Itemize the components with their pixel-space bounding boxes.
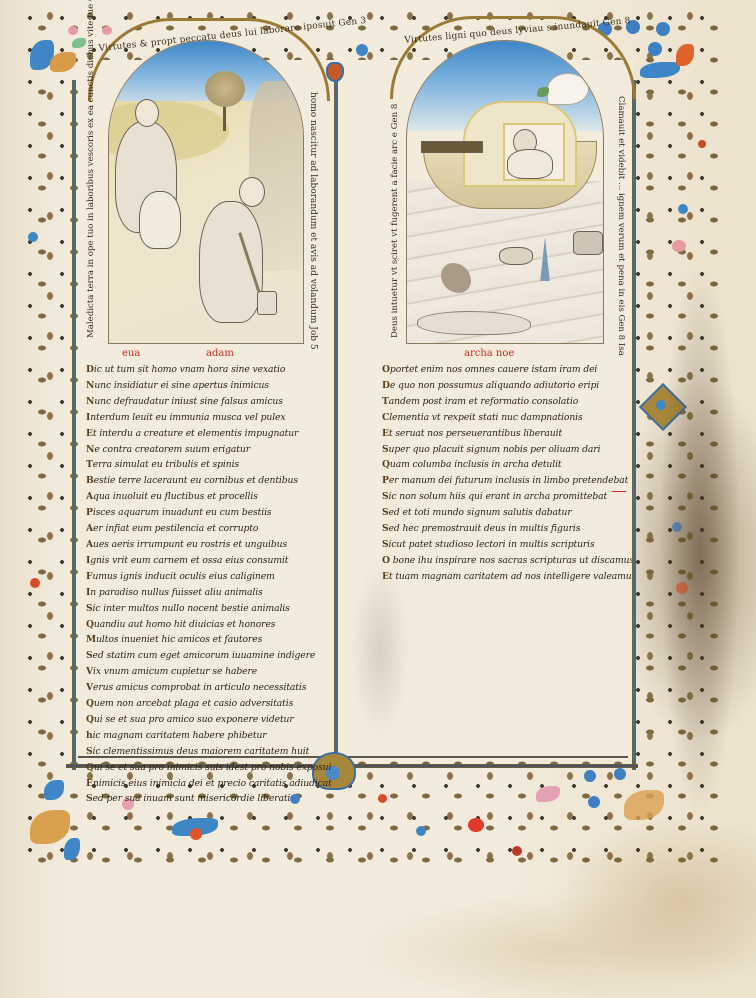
pink-flower-icon (672, 240, 686, 252)
verse-line: Bestie terre laceraunt eu cornibus et de… (86, 473, 332, 489)
verse-line: De quo non possumus aliquando adiutorio … (382, 378, 632, 394)
verse-line: Qui se et sua pro inimicis suis idest pr… (86, 760, 332, 776)
blue-flower-icon (416, 826, 426, 836)
verse-line: Nunc insidiatur ei sine apertus inimicus (86, 378, 332, 394)
right-side-gloss-outer: Deus intuetur vt sciret vt fugerent a fa… (390, 104, 400, 338)
verse-line: Sic clementissimus deus maiorem caritate… (86, 744, 332, 760)
manuscript-page: Virtutes & propt peccatu deus lui labora… (0, 0, 756, 998)
verse-line: Quem non arcebat plaga et casio adversit… (86, 696, 332, 712)
verse-line: Aer infiat eum pestilencia et corrupto (86, 521, 332, 537)
adam-head (239, 177, 265, 207)
finial-top-center (326, 62, 344, 82)
frame-left (72, 80, 76, 770)
orange-flower-icon (190, 828, 202, 840)
blue-flower-icon (656, 22, 670, 36)
verse-line: Oportet enim nos omnes cauere istam iram… (382, 362, 632, 378)
verse-line: Quam columba inclusis in archa detulit (382, 457, 632, 473)
caption-adam: adam (206, 348, 234, 359)
floating-wreckage (573, 231, 603, 255)
frame-right (632, 80, 636, 770)
red-line-marker (612, 491, 626, 492)
pink-flower-icon (102, 26, 112, 35)
verse-line: Clementia vt rexpeit stati nuc dampnatio… (382, 410, 632, 426)
left-verse-block: Dic ut tum sit homo vnam hora sine vexat… (86, 362, 332, 807)
verse-line: Aqua inuoluit eu fluctibus et procellis (86, 489, 332, 505)
noah-figure (507, 149, 553, 179)
verse-line: Fumus ignis inducit oculis eius caligine… (86, 569, 332, 585)
blue-flower-icon (356, 44, 368, 56)
blue-flower-icon (28, 232, 38, 242)
verse-line: Ignis vrit eum carnem et ossa eius consu… (86, 553, 332, 569)
verse-line: Verus amicus comprobat in articulo neces… (86, 680, 332, 696)
verse-line: Interdum leuit eu immunia musca vel pule… (86, 410, 332, 426)
caption-archa-noe: archa noe (464, 348, 514, 359)
verse-line: Terra simulat eu tribulis et spinis (86, 457, 332, 473)
blue-flower-icon (588, 796, 600, 808)
verse-line: Sicut patet studioso lectori in multis s… (382, 537, 632, 553)
verse-line: Pisces aquarum inuadunt eu cum bestiis (86, 505, 332, 521)
verse-line: Tandem post iram et reformatio consolati… (382, 394, 632, 410)
verse-line: Enimicis eius inimicia dei et precio car… (86, 776, 332, 792)
verse-line: Sic inter multos nullo nocent bestie ani… (86, 601, 332, 617)
verse-line: Ne contra creatorem suum erigatur (86, 442, 332, 458)
ark-railing (421, 141, 483, 153)
right-side-gloss-inner: Clamauit et videbit ... ignem verum et p… (616, 96, 626, 356)
water-stain (350, 560, 410, 740)
verse-line: Quandiu aut homo hit diuicias et honores (86, 617, 332, 633)
child-figure (139, 191, 181, 249)
frame-center (334, 70, 338, 760)
water-stain (660, 260, 740, 820)
floating-tub (499, 247, 533, 265)
verse-line: Sed et toti mundo signum salutis dabatur (382, 505, 632, 521)
spade-blade (257, 291, 277, 315)
red-flower-icon (378, 794, 387, 803)
adam-figure (199, 201, 263, 323)
caption-eua: eua (122, 348, 140, 359)
drowned-carcass (417, 311, 531, 335)
verse-line: Sed hec premostrauit deus in multis figu… (382, 521, 632, 537)
verse-line: Et tuam magnam caritatem ad nos intellig… (382, 569, 632, 585)
blue-flower-icon (678, 204, 688, 214)
verse-line: Et interdu a creature et elementis impug… (86, 426, 332, 442)
dove-with-olive-branch (547, 73, 589, 105)
blue-flower-icon (648, 42, 662, 56)
verse-line: Dic ut tum sit homo vnam hora sine vexat… (86, 362, 332, 378)
red-flower-icon (512, 846, 522, 856)
tree-crown (205, 71, 245, 107)
pink-flower-icon (68, 26, 78, 35)
verse-line: Multos inueniet hic amicos et fautores (86, 632, 332, 648)
verse-line: hic magnam caritatem habere phibetur (86, 728, 332, 744)
verse-line: Sed statim cum eget amicorum iuuamine in… (86, 648, 332, 664)
verse-line: Qui se et sua pro amico suo exponere vid… (86, 712, 332, 728)
verse-line: Vix vnum amicum cupietur se habere (86, 664, 332, 680)
verse-line: In paradiso nullus fuisset aliu animalis (86, 585, 332, 601)
red-flower-icon (30, 578, 40, 588)
verse-line: Super quo placuit signum nobis per oliua… (382, 442, 632, 458)
miniature-noah-ark (406, 40, 604, 344)
verse-line: Aues aeris irrumpunt eu rostris et ungui… (86, 537, 332, 553)
left-side-gloss-inner: homo nascitur ad laborandum et avis ad v… (308, 92, 318, 350)
blue-flower-icon (584, 770, 596, 782)
blue-flower-icon (614, 768, 626, 780)
verse-line: Per manum dei futurum inclusis in limbo … (382, 473, 632, 489)
verse-line: Et seruat nos perseuerantibus liberauit (382, 426, 632, 442)
miniature-adam-eve (108, 40, 304, 344)
verse-line: O bone ihu inspirare nos sacras scriptur… (382, 553, 632, 569)
verse-line: Sed per sua inuam sunt misericordie libe… (86, 791, 332, 807)
red-flower-icon (698, 140, 706, 148)
eve-head (135, 99, 159, 127)
strawberry-icon (468, 818, 484, 832)
right-verse-block: Oportet enim nos omnes cauere istam iram… (382, 362, 632, 585)
verse-line: Sic non solum hiis qui erant in archa pr… (382, 489, 632, 505)
left-side-gloss-outer: Maledicta terra in ope tuo in laboribus … (86, 0, 96, 338)
verse-line: Nunc defraudatur iniust sine falsus amic… (86, 394, 332, 410)
